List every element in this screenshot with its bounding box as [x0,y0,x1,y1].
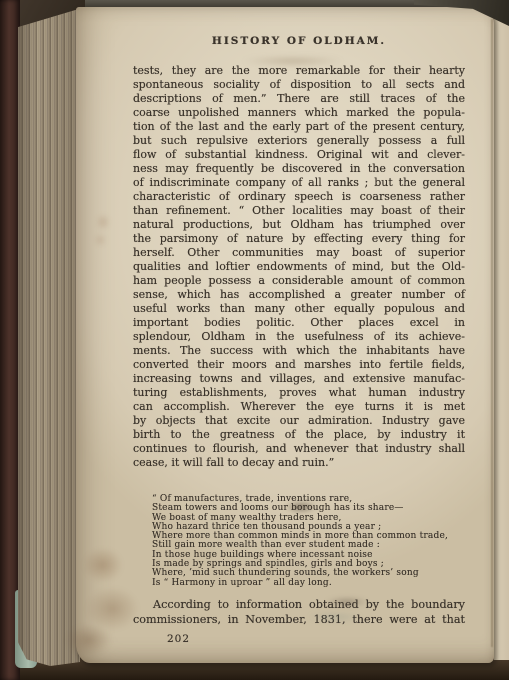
text-line: continues to flourish, and whenever that… [133,442,465,456]
closing-paragraph: According to information obtained by the… [133,597,465,628]
text-line: converted their moors and marshes into f… [133,358,465,372]
text-line: important bodies politic. Other places e… [133,316,465,330]
text-line: natural productions, but Oldham has triu… [133,218,465,232]
text-line: ness may frequently be discovered in the… [133,162,465,176]
text-line: tests, they are the more remarkable for … [133,64,465,78]
text-line: by objects that excite our admiration. I… [133,414,465,428]
text-line: birth to the greatness of the place, by … [133,428,465,442]
text-line: According to information obtained by the… [133,597,465,613]
page-content: HISTORY OF OLDHAM. tests, they are the m… [133,35,465,645]
text-line: than refinement. “ Other localities may … [133,204,465,218]
text-line: can accomplish. Wherever the eye turns i… [133,400,465,414]
book-photo: HISTORY OF OLDHAM. tests, they are the m… [0,0,509,680]
page-edges-stack [18,6,80,666]
text-line: descriptions of men.” There are still tr… [133,92,465,106]
book-spine [0,0,20,680]
text-line: commissioners, in November, 1831, there … [133,612,465,628]
text-line: flow of substantial kindness. Original w… [133,148,465,162]
running-head: HISTORY OF OLDHAM. [133,35,465,48]
text-line: characteristic of ordinary speech is coa… [133,190,465,204]
text-line: useful works than many other equally pop… [133,302,465,316]
text-line: but such repulsive exteriors generally p… [133,134,465,148]
text-line: qualities and loftier endowments of mind… [133,260,465,274]
book-page: HISTORY OF OLDHAM. tests, they are the m… [76,7,494,663]
text-line: of indiscriminate company of all ranks ;… [133,176,465,190]
text-line: Is “ Harmony in uproar ” all day long. [152,579,465,588]
text-line: sense, which has accomplished a greater … [133,288,465,302]
page-number: 202 [167,633,465,645]
text-line: herself. Other communities may boast of … [133,246,465,260]
verse-block: “ Of manufactures, trade, inventions rar… [152,495,465,588]
body-text: tests, they are the more remarkable for … [133,64,465,470]
text-line: spontaneous sociality of disposition to … [133,78,465,92]
text-line: cease, it will fall to decay and ruin.” [133,456,465,470]
text-line: splendour, Oldham in the usefulness of i… [133,330,465,344]
text-line: tion of the last and the early part of t… [133,120,465,134]
text-line: the parsimony of nature by effecting eve… [133,232,465,246]
text-line: increasing towns and villages, and exten… [133,372,465,386]
facing-page-edge [494,8,509,660]
text-line: ments. The success with which the inhabi… [133,344,465,358]
text-line: ham people possess a considerable amount… [133,274,465,288]
text-line: turing establishments, proves what human… [133,386,465,400]
text-line: coarse unpolished manners which marked t… [133,106,465,120]
